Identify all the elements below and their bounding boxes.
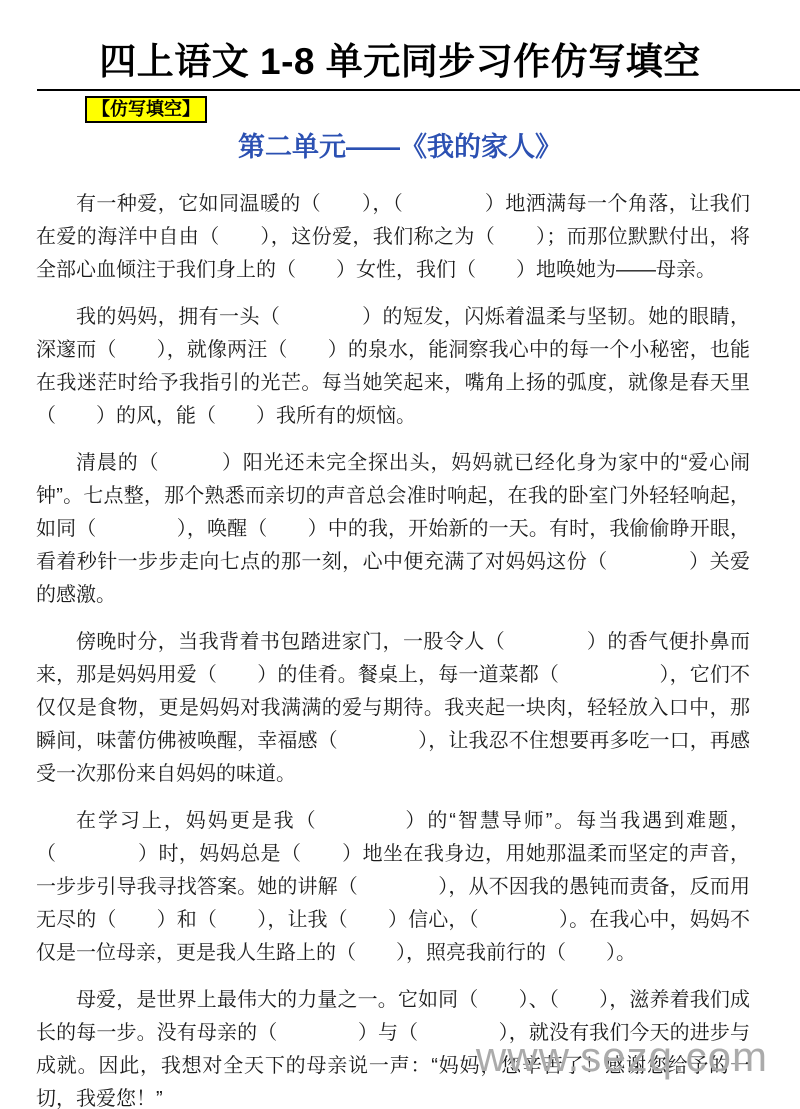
worksheet-body: 有一种爱，它如同温暖的（ ），（ ）地洒满每一个角落，让我们在爱的海洋中自由（ … <box>36 188 750 1109</box>
document-title: 四上语文 1-8 单元同步习作仿写填空 <box>0 0 800 82</box>
paragraph-4: 傍晚时分，当我背着书包踏进家门，一股令人（ ）的香气便扑鼻而来，那是妈妈用爱（ … <box>36 626 750 791</box>
paragraph-3: 清晨的（ ）阳光还未完全探出头，妈妈就已经化身为家中的“爱心闹钟”。七点整，那个… <box>36 447 750 612</box>
unit-heading: 第二单元——《我的家人》 <box>0 132 800 163</box>
badge-row: 【仿写填空】 <box>85 96 800 123</box>
watermark: www.sezq.com <box>476 1036 768 1078</box>
title-underline <box>37 89 800 91</box>
section-badge: 【仿写填空】 <box>85 96 207 123</box>
worksheet-page: 四上语文 1-8 单元同步习作仿写填空 【仿写填空】 第二单元——《我的家人》 … <box>0 0 800 1109</box>
paragraph-5: 在学习上，妈妈更是我（ ）的“智慧导师”。每当我遇到难题，（ ）时，妈妈总是（ … <box>36 805 750 970</box>
paragraph-1: 有一种爱，它如同温暖的（ ），（ ）地洒满每一个角落，让我们在爱的海洋中自由（ … <box>36 188 750 287</box>
paragraph-2: 我的妈妈，拥有一头（ ）的短发，闪烁着温柔与坚韧。她的眼睛，深邃而（ ），就像两… <box>36 301 750 433</box>
